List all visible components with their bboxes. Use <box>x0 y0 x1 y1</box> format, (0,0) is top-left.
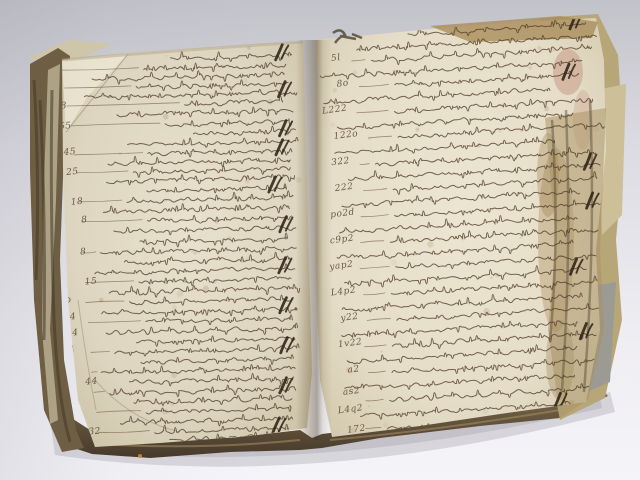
margin-annotation: 45 <box>62 147 76 158</box>
margin-annotation: 8o <box>336 78 349 89</box>
left-page <box>62 42 312 447</box>
margin-annotation: 15 <box>84 276 97 287</box>
margin-annotation: 44 <box>84 376 98 387</box>
margin-annotation: 5l <box>331 53 342 64</box>
gutter-shadow <box>296 40 332 440</box>
margin-annotation: 18 <box>70 197 83 208</box>
margin-annotation: 25 <box>65 167 79 178</box>
manuscript-scene: 74385545251888156o6454L45o44H64325o5l8oL… <box>0 0 640 480</box>
margin-annotation: 8 <box>80 247 87 258</box>
margin-annotation: a2 <box>347 364 360 375</box>
margin-annotation: 8 <box>81 215 88 226</box>
debris-speck <box>138 454 142 458</box>
manuscript-photograph: 74385545251888156o6454L45o44H64325o5l8oL… <box>0 0 640 480</box>
